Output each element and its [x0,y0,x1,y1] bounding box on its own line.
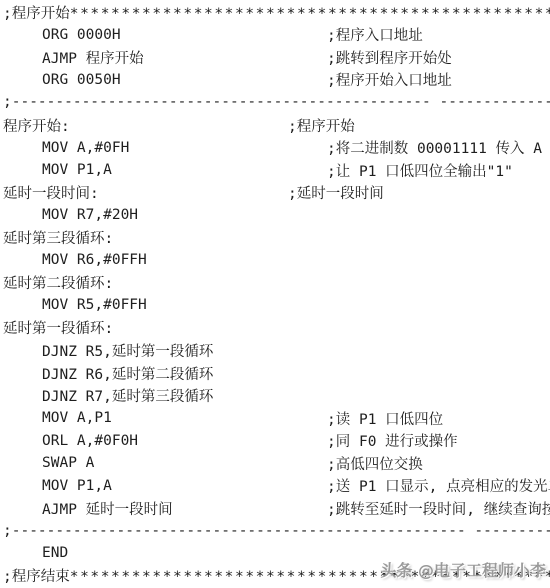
code-instruction-line: DJNZ R5,延时第一段循环 [0,339,550,362]
label-text: 程序开始: [0,115,288,136]
banner-label: ;程序开始 [3,6,70,22]
label-text: 延时一段时间: [0,182,288,203]
code-instruction-line: AJMP 延时一段时间;跳转至延时一段时间, 继续查询按键 [0,497,550,520]
comment-text: ;高低四位交换 [327,453,550,474]
code-instruction-line: MOV R6,#0FFH [0,249,550,272]
instruction-text: MOV R6,#0FFH [0,252,327,268]
code-instruction-line: MOV A,P1;读 P1 口低四位 [0,407,550,430]
comment-text: ;让 P1 口低四位全输出"1" [327,160,550,181]
instruction-text: DJNZ R7,延时第三段循环 [0,385,327,406]
comment-text: ;送 P1 口显示, 点亮相应的发光二极管 [327,475,550,496]
comment-text: ;程序开始 [288,115,550,136]
code-instruction-line: MOV P1,A;让 P1 口低四位全输出"1" [0,159,550,182]
instruction-text: ORL A,#0F0H [0,433,327,449]
instruction-text: MOV P1,A [0,478,327,494]
label-text: 延时第三段循环: [0,227,288,248]
code-instruction-line: DJNZ R7,延时第三段循环 [0,384,550,407]
comment-text: ;读 P1 口低四位 [327,408,550,429]
comment-text: ;程序开始入口地址 [327,69,550,90]
code-instruction-line: ORG 0050H;程序开始入口地址 [0,69,550,92]
comment-separator-line: ;---------------------------------------… [0,91,550,114]
code-label-line: 延时第一段循环: [0,317,550,340]
code-instruction-line: MOV R5,#0FFH [0,294,550,317]
assembly-code-listing-page: ;程序开始***********************************… [0,0,550,588]
code-instruction-line: SWAP A;高低四位交换 [0,452,550,475]
banner-fill: ****************************************… [70,6,550,22]
comment-text: ;延时一段时间 [288,182,550,203]
instruction-text: MOV A,#0FH [0,140,327,156]
instruction-text: MOV A,P1 [0,410,327,426]
assembly-code-listing: ;程序开始***********************************… [0,0,550,587]
instruction-text: MOV R7,#20H [0,207,327,223]
separator-dashes: ;---------------------------------------… [0,94,550,110]
instruction-text: AJMP 延时一段时间 [0,498,327,519]
separator-dashes: ;---------------------------------------… [0,523,550,539]
instruction-text: DJNZ R5,延时第一段循环 [0,340,327,361]
instruction-text: SWAP A [0,455,327,471]
instruction-text: ORG 0050H [0,72,327,88]
code-label-line: 延时第二段循环: [0,272,550,295]
instruction-text: DJNZ R6,延时第二段循环 [0,363,327,384]
code-instruction-line: MOV R7,#20H [0,204,550,227]
code-instruction-line: ORG 0000H;程序入口地址 [0,24,550,47]
instruction-text: MOV R5,#0FFH [0,297,327,313]
banner-label: ;程序结束 [3,569,70,585]
comment-text: ;跳转至延时一段时间, 继续查询按键 [327,498,550,519]
comment-text: ;将二进制数 00001111 传入 A [327,137,550,158]
label-text: 延时第一段循环: [0,317,288,338]
instruction-text: MOV P1,A [0,162,327,178]
banner-text: ;程序开始***********************************… [0,2,550,23]
toutiao-watermark: 头条 @电子工程师小李 [380,558,546,581]
instruction-text: END [0,545,327,561]
code-instruction-line: ORL A,#0F0H;同 F0 进行或操作 [0,429,550,452]
instruction-text: AJMP 程序开始 [0,47,327,68]
code-label-line: 延时一段时间:;延时一段时间 [0,181,550,204]
code-instruction-line: AJMP 程序开始;跳转到程序开始处 [0,46,550,69]
code-instruction-line: MOV P1,A;送 P1 口显示, 点亮相应的发光二极管 [0,474,550,497]
code-instruction-line: MOV A,#0FH;将二进制数 00001111 传入 A [0,136,550,159]
comment-text: ;跳转到程序开始处 [327,47,550,68]
comment-banner-line: ;程序开始***********************************… [0,1,550,24]
code-label-line: 延时第三段循环: [0,226,550,249]
code-instruction-line: DJNZ R6,延时第二段循环 [0,362,550,385]
label-text: 延时第二段循环: [0,272,288,293]
comment-text: ;程序入口地址 [327,24,550,45]
instruction-text: ORG 0000H [0,27,327,43]
comment-text: ;同 F0 进行或操作 [327,430,550,451]
comment-separator-line: ;---------------------------------------… [0,520,550,543]
code-label-line: 程序开始:;程序开始 [0,114,550,137]
